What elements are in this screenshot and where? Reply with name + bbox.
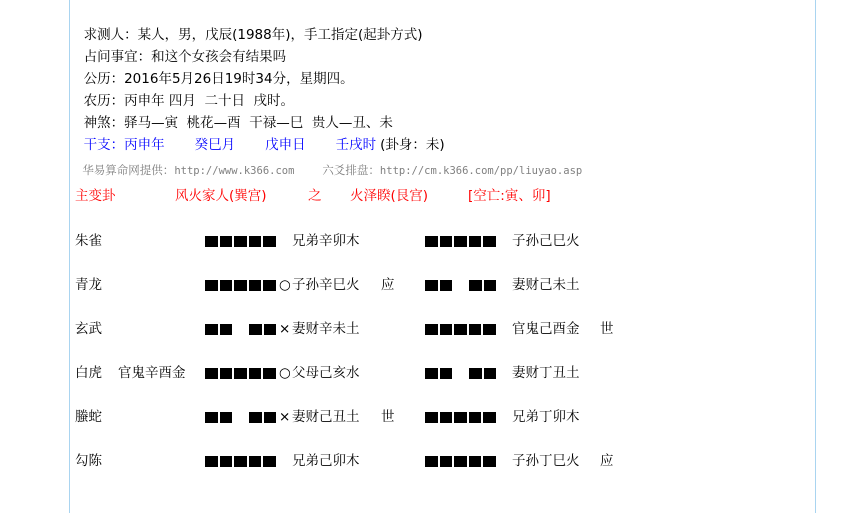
fushen-text: 官鬼辛酉金 <box>118 365 186 381</box>
main-shiying: 世 <box>381 409 395 425</box>
main-yao-text: 父母己亥水 <box>292 365 360 381</box>
main-yao-text: 兄弟己卯木 <box>292 453 360 469</box>
gua-type-label: 主变卦 <box>75 188 116 204</box>
main-yao-yang <box>205 280 276 291</box>
main-yao-yin <box>205 324 276 335</box>
connector: 之 <box>308 188 322 204</box>
changed-yao-yin <box>425 368 496 379</box>
main-yao-yang <box>205 236 276 247</box>
main-yao-text: 妻财辛未土 <box>292 321 360 337</box>
main-yao-text: 子孙辛巳火 <box>292 277 360 293</box>
six-god-label: 玄武 <box>75 321 102 337</box>
six-god-label: 勾陈 <box>75 453 102 469</box>
six-god-label: 朱雀 <box>75 233 102 249</box>
changed-yao-text: 妻财己未土 <box>512 277 580 293</box>
changed-yao-yang <box>425 456 496 467</box>
paipan-label: 六爻排盘： <box>322 163 380 177</box>
changed-shiying: 应 <box>600 453 614 469</box>
six-god-label: 青龙 <box>75 277 102 293</box>
changed-yao-text: 官鬼己酉金 <box>512 321 580 337</box>
changed-yao-text: 兄弟丁卯木 <box>512 409 580 425</box>
provider-label: 华易算命网提供： <box>82 163 174 177</box>
changed-gua-name: 火泽睽(艮宫) <box>350 188 428 204</box>
main-yao-yang <box>205 456 276 467</box>
main-shiying: 应 <box>381 277 395 293</box>
six-god-label: 螣蛇 <box>75 409 102 425</box>
changed-yao-yang <box>425 236 496 247</box>
main-yao-text: 妻财己丑土 <box>292 409 360 425</box>
changed-yao-yin <box>425 280 496 291</box>
changed-yao-yang <box>425 412 496 423</box>
provider-url[interactable]: http://www.k366.com <box>174 165 294 177</box>
main-yao-text: 兄弟辛卯木 <box>292 233 360 249</box>
changed-yao-text: 子孙丁巳火 <box>512 453 580 469</box>
moving-mark: ○ <box>279 365 291 381</box>
moving-mark: × <box>279 409 290 425</box>
changed-yao-text: 子孙己巳火 <box>512 233 580 249</box>
main-yao-yang <box>205 368 276 379</box>
six-god-label: 白虎 <box>75 365 102 381</box>
provider-line: 华易算命网提供：http://www.k366.com六爻排盘：http://c… <box>75 146 582 179</box>
changed-shiying: 世 <box>600 321 614 337</box>
changed-yao-yang <box>425 324 496 335</box>
paipan-url[interactable]: http://cm.k366.com/pp/liuyao.asp <box>380 165 582 177</box>
changed-yao-text: 妻财丁丑土 <box>512 365 580 381</box>
main-yao-yin <box>205 412 276 423</box>
kongwang: [空亡:寅、卯] <box>468 188 551 204</box>
main-gua-name: 风火家人(巽宫) <box>175 188 267 204</box>
moving-mark: × <box>279 321 290 337</box>
moving-mark: ○ <box>279 277 291 293</box>
